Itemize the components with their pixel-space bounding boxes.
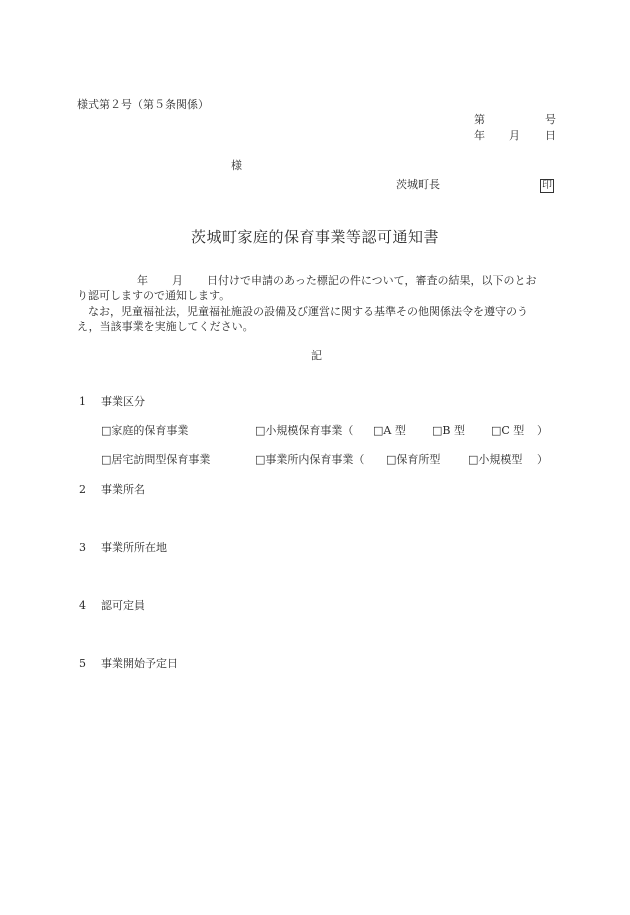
checkbox-nursery-type[interactable]: □保育所型 — [386, 453, 440, 467]
checkbox-workplace-daycare[interactable]: □事業所内保育事業（ — [255, 453, 364, 467]
item-number-2: 2 — [79, 483, 86, 497]
date-day: 日 — [545, 129, 556, 143]
body-line1: 日付けで申請のあった標記の件について，審査の結果，以下のとお — [207, 274, 536, 288]
item-label-5: 事業開始予定日 — [101, 657, 178, 671]
addressee-suffix: 様 — [231, 159, 242, 173]
item-label-4: 認可定員 — [101, 599, 145, 613]
item-number-4: 4 — [79, 599, 86, 613]
checkbox-small-type[interactable]: □小規模型 — [468, 453, 522, 467]
checkbox-home-visit-daycare[interactable]: □居宅訪問型保育事業 — [101, 453, 210, 467]
item-number-3: 3 — [79, 541, 86, 555]
doc-number-prefix: 第 — [474, 113, 485, 127]
date-year: 年 — [474, 129, 485, 143]
checkbox-type-a[interactable]: □A 型 — [373, 424, 406, 438]
checkbox-type-b[interactable]: □B 型 — [432, 424, 465, 438]
item-number-5: 5 — [79, 657, 86, 671]
form-number: 様式第２号（第５条関係） — [77, 98, 209, 112]
document-title: 茨城町家庭的保育事業等認可通知書 — [191, 228, 439, 246]
checkbox-small-scale-daycare[interactable]: □小規模保育事業（ — [255, 424, 353, 438]
ki-heading: 記 — [311, 349, 322, 363]
seal-icon: 印 — [540, 179, 554, 193]
sender-name: 茨城町長 — [396, 178, 440, 192]
paren-close-2: ） — [537, 453, 548, 467]
checkbox-family-daycare[interactable]: □家庭的保育事業 — [101, 424, 188, 438]
body-line3: なお，児童福祉法，児童福祉施設の設備及び運営に関する基準その他関係法令を遵守のう — [88, 305, 528, 319]
item-label-3: 事業所所在地 — [101, 541, 167, 555]
doc-number-suffix: 号 — [545, 113, 556, 127]
checkbox-type-c[interactable]: □C 型 — [491, 424, 524, 438]
item-label-2: 事業所名 — [101, 483, 145, 497]
seal-mark: 印 — [540, 178, 554, 193]
body-month: 月 — [172, 274, 183, 288]
item-label-1: 事業区分 — [101, 395, 145, 409]
item-number-1: 1 — [79, 395, 86, 409]
date-month: 月 — [509, 129, 520, 143]
body-line2: り認可しますので通知します。 — [77, 289, 230, 303]
body-line4: え，当該事業を実施してください。 — [77, 320, 254, 334]
body-year: 年 — [137, 274, 148, 288]
paren-close-1: ） — [537, 424, 548, 438]
